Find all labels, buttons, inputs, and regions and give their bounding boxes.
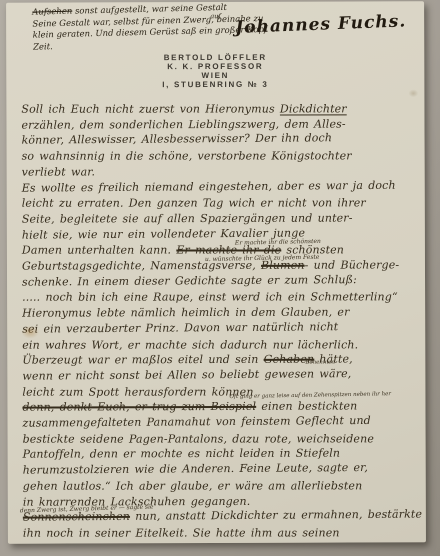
annotation-struck-word: Aufsehen [32,7,72,18]
handwriting-line: bestickte seidene Pagen-Pantalons, dazu … [23,431,425,447]
handwriting-line: gehen lautlos.“ Ich aber glaube, er wäre… [23,478,425,494]
handwriting-segment: leicht zu erraten. Den ganzen Tag wich e… [22,197,366,210]
handwriting-segment: Hieronymus lebte nämlich heimlich in dem… [22,306,349,320]
letter-paper-sheet: Aufsehen sonst aufgestellt, war seine Ge… [6,1,426,543]
scanned-letter-image: Aufsehen sonst aufgestellt, war seine Ge… [0,0,440,556]
handwriting-segment: nun, anstatt Dickdichter zu ermahnen, be… [130,508,422,523]
handwriting-line: leicht zu erraten. Den ganzen Tag wich e… [22,196,424,212]
handwriting-segment: gehen lautlos.“ Ich aber glaube, er wäre… [23,479,363,492]
handwriting-line: sei ein verzauberter Prinz. Davon war na… [22,318,424,337]
handwriting-segment: leicht zum Spott herausfordern können [22,385,253,398]
handwriting-segment: sei ein verzauberter Prinz. Davon war na… [22,320,338,335]
handwriting-segment: Überzeugt war er maßlos eitel und sein [22,353,263,367]
handwriting-segment: ein wahres Wort, er machte sich dadurch … [22,338,358,351]
handwriting-line: zusammengefalteten Panamahut von feinste… [22,413,424,432]
handwriting-line: schenke. In einem dieser Gedichte sagte … [22,271,424,290]
handwriting-line: hielt sie, wie nur ein vollendeter Kaval… [22,224,424,243]
handwriting-line: wenn er nicht sonst bei Allen so beliebt… [22,365,424,384]
handwriting-segment: Damen unterhalten kann. [22,244,176,257]
annotation-text: Zeit. [33,42,53,52]
handwriting-line: herumzustolzieren wie die Anderen. Feine… [23,460,425,479]
paper-stain [21,326,39,339]
handwriting-segment: Seite, begleitete sie auf allen Spazierg… [22,211,353,225]
handwriting-segment: Dickdichter [280,102,347,115]
handwriting-segment: verliebt war. [22,165,96,178]
interlinear-insertion: Benehmen [305,360,335,366]
letter-body: Soll ich Euch nicht zuerst von Hieronymu… [21,100,425,541]
handwriting-segment: wenn er nicht sonst bei Allen so beliebt… [22,367,351,383]
annotation-inserted-word: auf [210,11,221,23]
handwriting-segment: herumzustolzieren wie die Anderen. Feine… [23,461,368,477]
handwriting-line: ihn noch in seiner Eitelkeit. Sie hatte … [23,525,425,541]
handwriting-segment: ihn noch in seiner Eitelkeit. Sie hatte … [23,526,340,539]
handwriting-segment: zusammengefalteten Panamahut von feinste… [22,414,370,430]
handwriting-line: so wahnsinnig in die schöne, verstorbene… [22,148,424,164]
handwriting-segment: Es wollte es freilich niemand eingestehe… [22,178,396,194]
handwriting-segment: einen bestickten [256,400,357,413]
handwriting-segment: könner, Alleswisser, Allesbesserwisser? … [21,132,332,147]
handwriting-segment: erzählen, dem sonderlichen Lieblingszwer… [21,117,345,131]
handwriting-line: ..... noch bin ich eine Raupe, einst wer… [22,290,424,306]
handwriting-segment: er trug zum Beispiel [135,400,256,413]
handwriting-line: könner, Alleswisser, Allesbesserwisser? … [21,130,423,149]
letterhead-address: I, STUBENRING № 3 [6,79,424,89]
paper-stain [408,89,418,97]
handwriting-segment: denn, denkt Euch, [22,401,135,414]
handwriting-segment: ..... noch bin ich eine Raupe, einst wer… [22,291,398,304]
handwriting-segment: Pantoffeln, denn er mochte es nicht leid… [23,447,341,461]
handwriting-line: ein wahres Wort, er machte sich dadurch … [22,337,424,353]
handwriting-segment: schenke. In einem dieser Gedichte sagte … [22,273,357,289]
handwriting-line: Soll ich Euch nicht zuerst von Hieronymu… [21,101,423,117]
letterhead: BERTOLD LÖFFLER K. K. PROFESSOR WIEN I, … [6,52,424,89]
handwriting-segment: Soll ich Euch nicht zuerst von Hieronymu… [21,102,279,115]
handwriting-segment: so wahnsinnig in die schöne, verstorbene… [22,149,352,162]
handwriting-line: Es wollte es freilich niemand eingestehe… [22,177,424,196]
handwriting-segment: bestickte seidene Pagen-Pantalons, dazu … [23,432,374,445]
